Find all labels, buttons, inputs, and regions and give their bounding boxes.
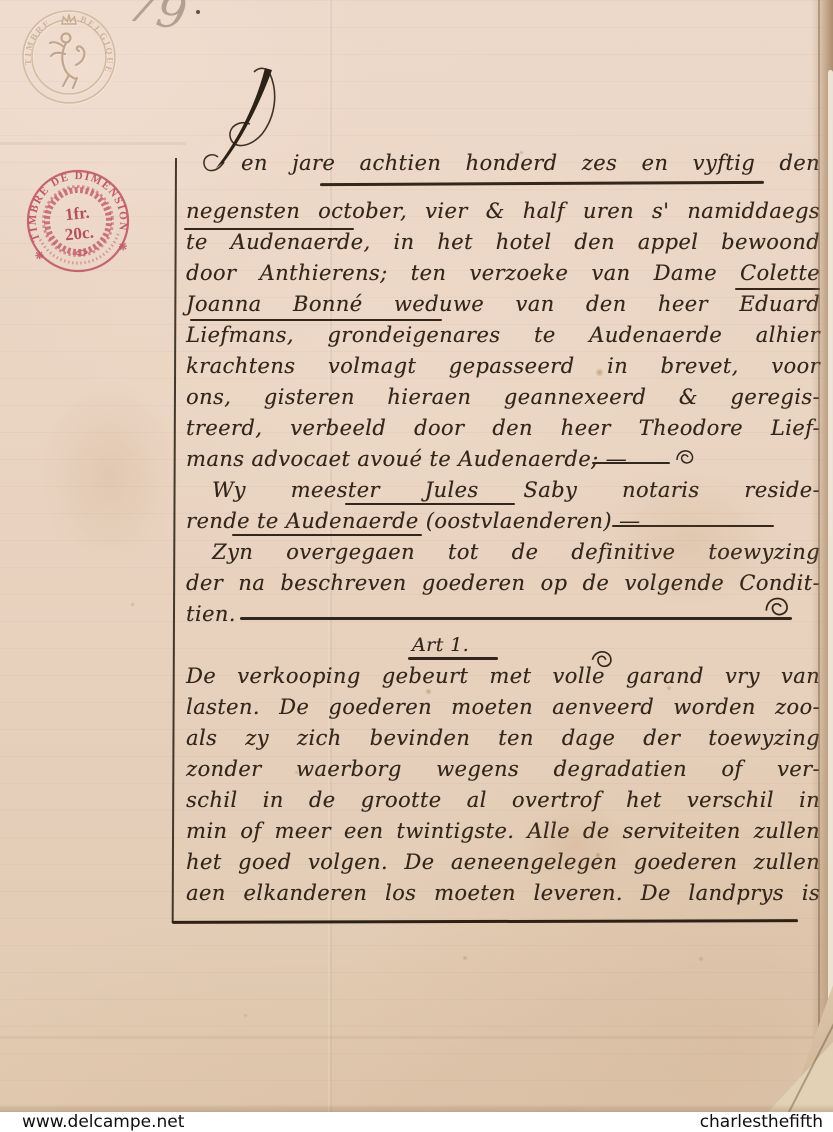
manuscript-line: treerd, verbeeld door den heer Theodore …	[186, 413, 820, 444]
crown-icon	[62, 15, 77, 25]
manuscript-line: zonder waerborg wegens degradatien of ve…	[186, 754, 820, 785]
foxing-spot	[130, 602, 135, 607]
foxing-spot	[595, 852, 601, 858]
stamp-value-centimes: 20c.	[64, 222, 95, 244]
stain	[600, 470, 780, 610]
foxing-spot	[595, 368, 604, 377]
horizontal-fold-crease	[0, 142, 186, 145]
foxing-spot	[243, 1013, 248, 1018]
manuscript-line: door Anthierens; ten verzoeke van Dame C…	[186, 258, 820, 289]
horizontal-fold-crease	[0, 1036, 833, 1039]
pencil-folio-number: 79	[124, 0, 191, 41]
blind-embossed-stamp: TIMBRE TIMBRE BELGIQUE BELGIQUE	[19, 5, 119, 105]
text-frame-bottom-rule	[172, 919, 798, 924]
manuscript-line: De verkooping gebeurt met volle garand v…	[186, 661, 820, 692]
ink-fill-line	[240, 617, 792, 620]
foxing-spot	[519, 150, 524, 155]
foxing-spot	[638, 245, 644, 251]
manuscript-line: te Audenaerde, in het hotel den appel be…	[186, 227, 820, 258]
foxing-spot	[347, 892, 354, 899]
manuscript-line: Joanna Bonné weduwe van den heer Eduard	[186, 289, 820, 320]
page-corner-fold	[768, 1042, 833, 1112]
foxing-spot	[294, 770, 299, 775]
page-edge-highlight	[828, 70, 833, 1020]
manuscript-line: het goed volgen. De aeneengelegen goeder…	[186, 847, 820, 878]
watermark-left: www.delcampe.net	[22, 1112, 184, 1132]
flourish-spiral	[762, 592, 792, 624]
ink-underline	[735, 288, 820, 290]
manuscript-line: krachtens volmagt gepasseerd in brevet, …	[186, 351, 820, 382]
foxing-spot	[462, 955, 468, 961]
manuscript-line: lasten. De goederen moeten aenveerd word…	[186, 692, 820, 723]
manuscript-line: als zy zich bevinden ten dage der toewyz…	[186, 723, 820, 754]
document-page: TIMBRE TIMBRE BELGIQUE BELGIQUE	[0, 0, 833, 1132]
stamp-value-franc: 1fr.	[64, 203, 90, 224]
foxing-spot	[666, 685, 672, 691]
foxing-spot	[698, 956, 704, 962]
manuscript-line: schil in de grootte al overtrof het vers…	[186, 785, 820, 816]
ink-underline	[232, 534, 422, 536]
manuscript-line: en jare achtien honderd zes en vyftig de…	[186, 148, 820, 179]
flourish-spiral	[674, 446, 696, 470]
ink-dot	[196, 10, 200, 14]
svg-text:BELGIQUE: BELGIQUE	[79, 14, 115, 76]
stain	[40, 380, 180, 570]
page-edge-line	[818, 0, 820, 1112]
watermark-bar: www.delcampe.net charlesthefifth	[0, 1112, 833, 1132]
margin-rule	[172, 158, 177, 923]
lion-icon	[50, 34, 85, 89]
ink-underline	[190, 319, 442, 321]
manuscript-line: aen elkanderen los moeten leveren. De la…	[186, 878, 820, 909]
manuscript-heading: Art 1.	[186, 630, 820, 661]
red-dimension-stamp: TIMBRE DE DIMENSION 1fr. 20c.	[12, 155, 144, 287]
ink-underline	[345, 503, 515, 505]
manuscript-line: ons, gisteren hieraen geannexeerd & gere…	[186, 382, 820, 413]
ink-underline	[408, 657, 498, 660]
manuscript-line: Liefmans, grondeigenares te Audenaerde a…	[186, 320, 820, 351]
manuscript-line: min of meer een twintigste. Alle de serv…	[186, 816, 820, 847]
stain	[520, 800, 630, 890]
foxing-spot	[425, 688, 432, 695]
manuscript-line: negensten october, vier & half uren s' n…	[186, 196, 820, 227]
watermark-bar-shadow	[0, 1104, 833, 1112]
ink-underline	[184, 228, 354, 230]
blind-stamp-text-right: BELGIQUE	[79, 14, 115, 76]
watermark-right: charlesthefifth	[700, 1112, 823, 1132]
manuscript-line: mans advocaet avoué te Audenaerde; —	[186, 444, 820, 475]
foxing-spot	[762, 236, 768, 242]
ink-dash	[592, 462, 670, 464]
